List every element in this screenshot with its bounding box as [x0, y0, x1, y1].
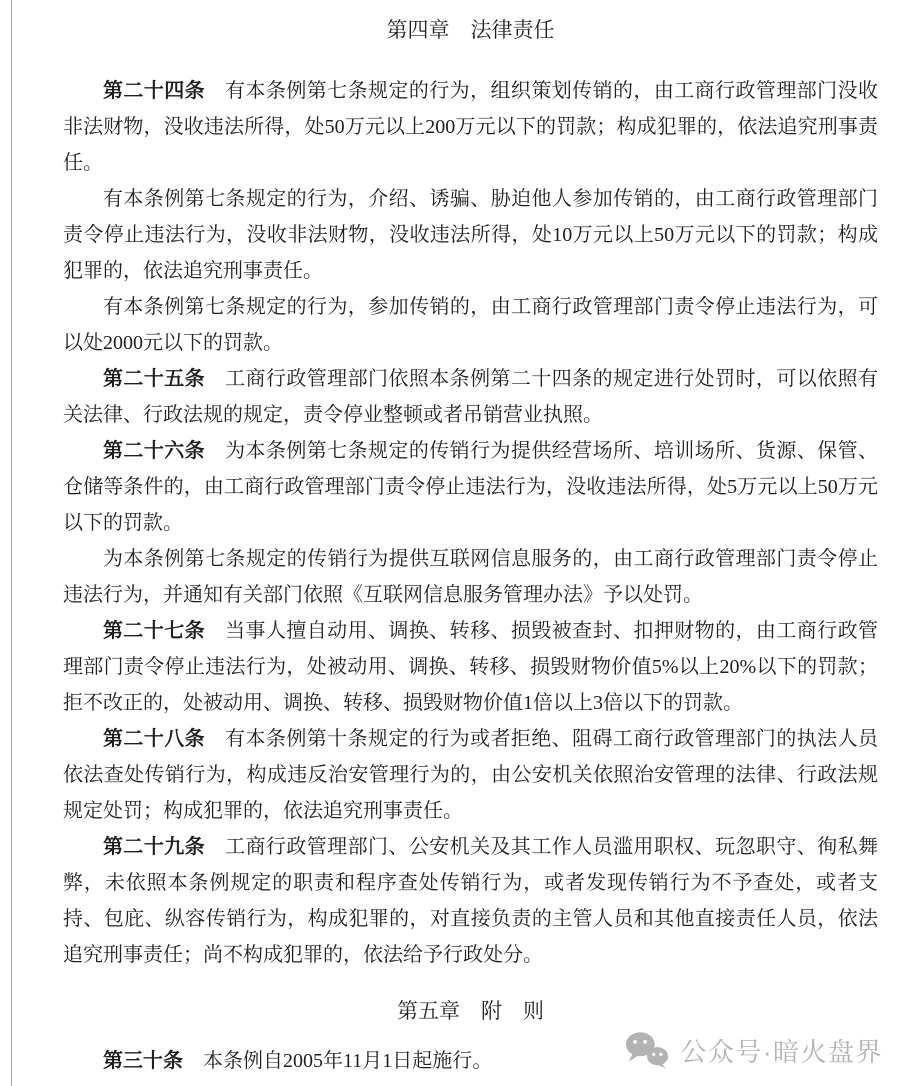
article-paragraph: 为本条例第七条规定的传销行为提供互联网信息服务的，由工商行政管理部门责令停止违法…: [63, 541, 878, 613]
article-paragraph: 有本条例第七条规定的行为，介绍、诱骗、胁迫他人参加传销的，由工商行政管理部门责令…: [63, 181, 878, 289]
article-paragraph: 第二十九条工商行政管理部门、公安机关及其工作人员滥用职权、玩忽职守、徇私舞弊，未…: [63, 829, 878, 973]
article-paragraph: 有本条例第七条规定的行为，参加传销的，由工商行政管理部门责令停止违法行为，可以处…: [63, 289, 878, 361]
chapter-heading: 第五章 附 则: [63, 993, 878, 1029]
article-paragraph: 第二十七条当事人擅自动用、调换、转移、损毁被查封、扣押财物的，由工商行政管理部门…: [63, 613, 878, 721]
article-paragraph: 第二十五条工商行政管理部门依照本条例第二十四条的规定进行处罚时，可以依照有关法律…: [63, 361, 878, 433]
document-content: 第四章 法律责任第二十四条有本条例第七条规定的行为，组织策划传销的，由工商行政管…: [63, 12, 878, 1079]
article-text: 有本条例第七条规定的行为，参加传销的，由工商行政管理部门责令停止违法行为，可以处…: [63, 296, 878, 354]
article-number: 第二十六条: [103, 440, 205, 462]
watermark-text: 公众号·暗火盘界: [680, 1032, 883, 1069]
article-number: 第二十四条: [103, 80, 205, 102]
chapter-heading: 第四章 法律责任: [63, 12, 878, 48]
wechat-icon: [624, 1030, 670, 1070]
article-number: 第二十八条: [103, 728, 205, 750]
article-number: 第二十五条: [103, 368, 205, 390]
article-paragraph: 第二十四条有本条例第七条规定的行为，组织策划传销的，由工商行政管理部门没收非法财…: [63, 73, 878, 181]
article-paragraph: 第二十八条有本条例第十条规定的行为或者拒绝、阻碍工商行政管理部门的执法人员依法查…: [63, 721, 878, 829]
article-number: 第二十九条: [103, 836, 205, 858]
left-border-line: [11, 0, 12, 1086]
article-number: 第二十七条: [103, 620, 205, 642]
article-text: 本条例自2005年11月1日起施行。: [203, 1050, 492, 1072]
article-number: 第三十条: [103, 1050, 183, 1072]
article-text: 有本条例第七条规定的行为，介绍、诱骗、胁迫他人参加传销的，由工商行政管理部门责令…: [63, 188, 878, 282]
article-text: 为本条例第七条规定的传销行为提供互联网信息服务的，由工商行政管理部门责令停止违法…: [63, 548, 878, 606]
watermark: 公众号·暗火盘界: [624, 1030, 883, 1070]
article-paragraph: 第二十六条为本条例第七条规定的传销行为提供经营场所、培训场所、货源、保管、仓储等…: [63, 433, 878, 541]
